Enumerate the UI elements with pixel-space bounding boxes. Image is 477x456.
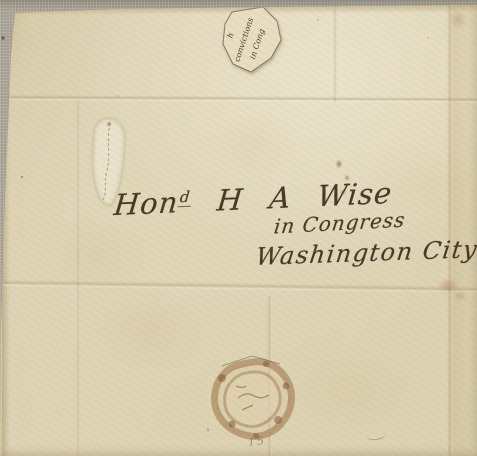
honorific: Hon bbox=[112, 185, 180, 222]
flap-shape bbox=[223, 7, 281, 72]
fold-line-horizontal-upper bbox=[6, 95, 477, 103]
pencil-mark: 15 bbox=[247, 434, 266, 449]
stain-right-fold bbox=[428, 268, 472, 308]
address-line-3: Washington City bbox=[254, 235, 477, 271]
letter-paper: h convictions in Cong HondH A Wise in Co… bbox=[0, 0, 477, 456]
seal-inner-ring bbox=[225, 372, 280, 427]
fold-line-vertical-left bbox=[76, 100, 80, 456]
faint-squiggle-mark bbox=[365, 429, 386, 442]
wax-seal-remnant bbox=[206, 352, 300, 444]
paper-left-edge bbox=[2, 12, 10, 456]
fold-line-horizontal-lower bbox=[0, 280, 477, 294]
honorific-superscript: d bbox=[178, 188, 192, 208]
fold-line-vertical-top-middle bbox=[333, 6, 337, 102]
fold-line-vertical-right bbox=[447, 4, 453, 456]
folded-edge-shade-right bbox=[452, 4, 477, 456]
seal-tear-flap: h convictions in Cong bbox=[214, 5, 288, 79]
stain-top-right bbox=[444, 6, 472, 38]
fabric-background: h convictions in Cong HondH A Wise in Co… bbox=[0, 0, 477, 456]
